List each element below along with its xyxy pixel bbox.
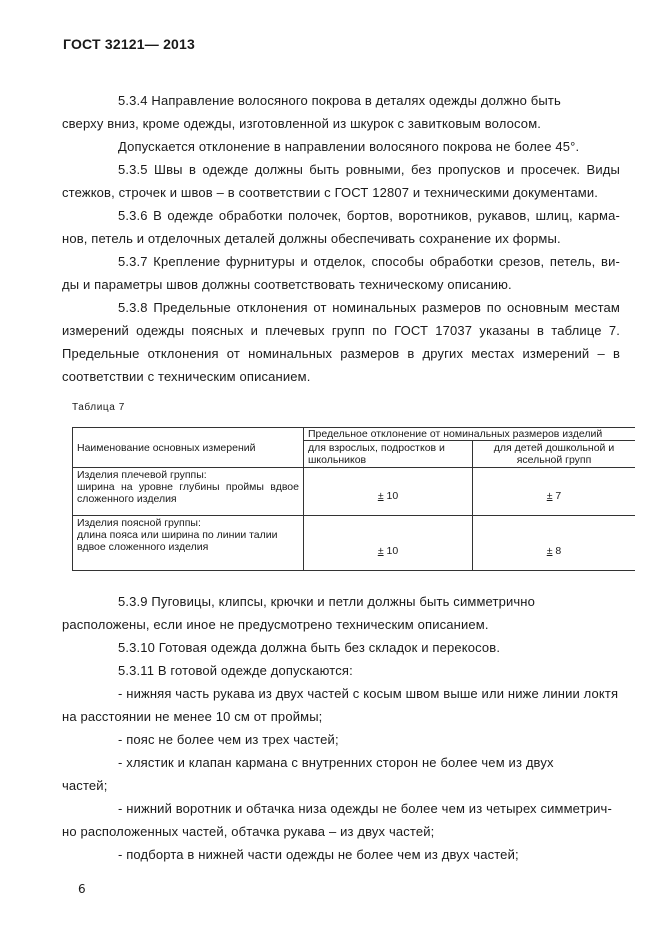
- list-item-5: - подборта в нижней части одежды не боле…: [118, 847, 519, 863]
- header-children: для детей дошкольной и ясельной групп: [473, 441, 636, 468]
- row-description: длина пояса или ширина по линии талии вд…: [77, 529, 299, 553]
- list-item-4-line1: - нижний воротник и обтачка низа одежды …: [118, 801, 612, 817]
- paragraph-5-3-4-note: Допускается отклонение в направлении вол…: [118, 139, 579, 155]
- table-caption: Таблица 7: [72, 402, 125, 413]
- paragraph-5-3-5-line1: 5.3.5 Швы в одежде должны быть ровными, …: [62, 162, 620, 178]
- paragraph-5-3-4-line1: 5.3.4 Направление волосяного покрова в д…: [118, 93, 561, 109]
- row-waist-children: ± 8: [473, 516, 636, 571]
- table-7: Наименование основных измерений Предельн…: [72, 427, 635, 571]
- row-waist-adults: ± 10: [304, 516, 473, 571]
- paragraph-5-3-4-line2: сверху вниз, кроме одежды, изготовленной…: [62, 116, 541, 132]
- paragraph-5-3-9-line2: расположены, если иное не предусмотрено …: [62, 617, 489, 633]
- row-shoulder-name: Изделия плечевой группы: ширина на уровн…: [73, 468, 304, 516]
- paragraph-5-3-8-line2: измерений одежды поясных и плечевых груп…: [62, 323, 620, 339]
- paragraph-5-3-9-line1: 5.3.9 Пуговицы, клипсы, крючки и петли д…: [118, 594, 535, 610]
- list-item-1-line2: на расстоянии не менее 10 см от проймы;: [62, 709, 322, 725]
- row-title: Изделия поясной группы:: [77, 517, 299, 529]
- list-item-2: - пояс не более чем из трех частей;: [118, 732, 339, 748]
- header-deviation-group: Предельное отклонение от номинальных раз…: [304, 428, 636, 441]
- table-row: Изделия плечевой группы: ширина на уровн…: [73, 468, 636, 516]
- row-waist-name: Изделия поясной группы: длина пояса или …: [73, 516, 304, 571]
- value: 8: [553, 545, 562, 557]
- paragraph-5-3-6-line1: 5.3.6 В одежде обработки полочек, бортов…: [62, 208, 620, 224]
- paragraph-5-3-8-line4: соответствии с техническим описанием.: [62, 369, 310, 385]
- header-measurement-name: Наименование основных измерений: [73, 428, 304, 468]
- paragraph-5-3-6-line2: нов, петель и отделочных деталей должны …: [62, 231, 561, 247]
- header-adults: для взрослых, подростков и школьников: [304, 441, 473, 468]
- document-header: ГОСТ 32121— 2013: [63, 36, 195, 52]
- page-number: 6: [78, 882, 86, 896]
- paragraph-5-3-7-line1: 5.3.7 Крепление фурнитуры и отделок, спо…: [62, 254, 620, 270]
- row-shoulder-children: ± 7: [473, 468, 636, 516]
- value: 7: [553, 490, 562, 502]
- list-item-3-line1: - хлястик и клапан кармана с внутренних …: [118, 755, 554, 771]
- paragraph-5-3-8-line1: 5.3.8 Предельные отклонения от номинальн…: [62, 300, 620, 316]
- paragraph-5-3-10: 5.3.10 Готовая одежда должна быть без ск…: [118, 640, 500, 656]
- row-shoulder-adults: ± 10: [304, 468, 473, 516]
- row-title: Изделия плечевой группы:: [77, 469, 299, 481]
- value: 10: [384, 545, 399, 557]
- paragraph-5-3-8-line3: Предельные отклонения от номинальных раз…: [62, 346, 620, 362]
- table-row: Изделия поясной группы: длина пояса или …: [73, 516, 636, 571]
- value: 10: [384, 490, 399, 502]
- list-item-4-line2: но расположенных частей, обтачка рукава …: [62, 824, 434, 840]
- paragraph-5-3-11: 5.3.11 В готовой одежде допускаются:: [118, 663, 353, 679]
- list-item-1-line1: - нижняя часть рукава из двух частей с к…: [118, 686, 618, 702]
- list-item-3-line2: частей;: [62, 778, 107, 794]
- row-description: ширина на уровне глубины проймы вдвое сл…: [77, 481, 299, 505]
- paragraph-5-3-7-line2: ды и параметры швов должны соответствова…: [62, 277, 512, 293]
- paragraph-5-3-5-line2: стежков, строчек и швов – в соответствии…: [62, 185, 598, 201]
